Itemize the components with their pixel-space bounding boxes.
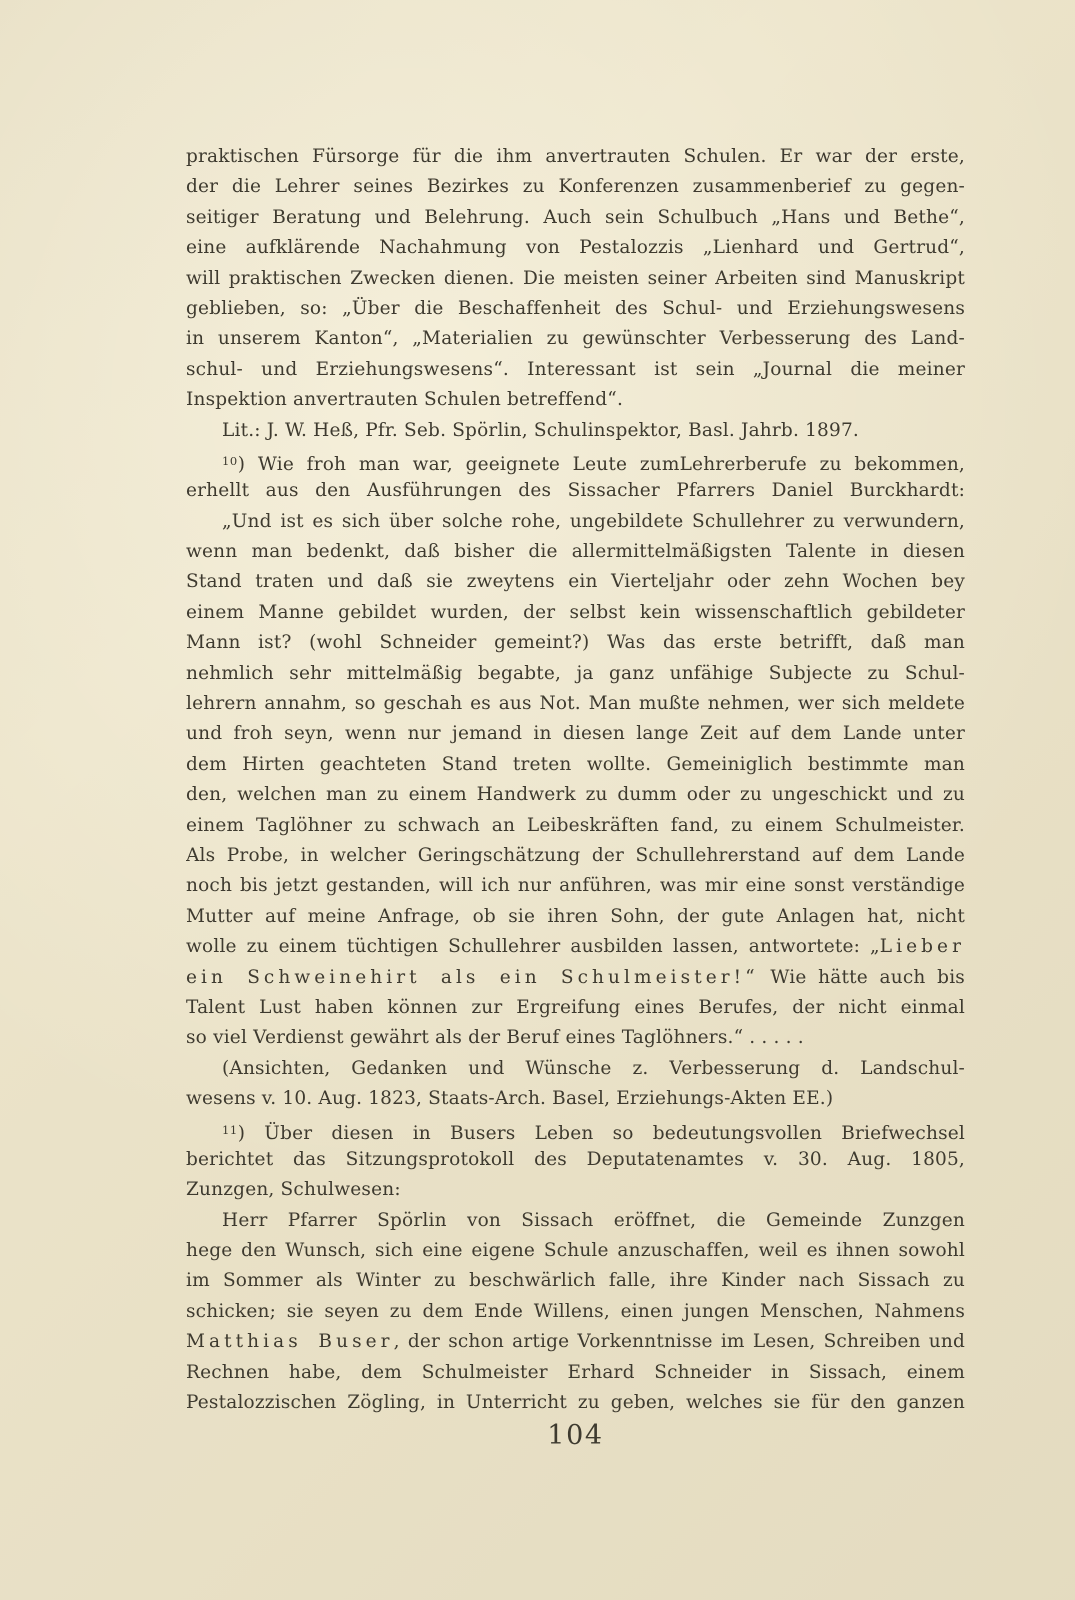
text-line: den, welchen man zu einem Handwerk zu du… [186, 780, 965, 810]
text-segment: und froh seyn, wenn nur jemand in diesen… [186, 723, 965, 744]
footnote-marker: 10 [222, 454, 238, 468]
text-segment: geblieben, so: „Über die Beschaffenheit … [186, 298, 965, 319]
text-segment: Rechnen habe, dem Schulmeister Erhard Sc… [186, 1362, 965, 1383]
text-line: berichtet das Sitzungsprotokoll des Depu… [186, 1145, 965, 1175]
text-line: 11) Über diesen in Busers Leben so bedeu… [186, 1115, 965, 1145]
text-line: einem Manne gebildet wurden, der selbst … [186, 598, 965, 628]
text-line: noch bis jetzt gestanden, will ich nur a… [186, 871, 965, 901]
text-segment: Lieber [880, 936, 965, 957]
text-line: wesens v. 10. Aug. 1823, Staats-Arch. Ba… [186, 1084, 965, 1114]
text-line: Matthias Buser, der schon artige Vorkenn… [186, 1327, 965, 1357]
text-line: Zunzgen, Schulwesen: [186, 1175, 965, 1205]
text-segment: berichtet das Sitzungsprotokoll des Depu… [186, 1149, 965, 1170]
text-segment: einem Manne gebildet wurden, der selbst … [186, 602, 965, 623]
text-line: einem Taglöhner zu schwach an Leibeskräf… [186, 811, 965, 841]
text-line: eine aufklärende Nachahmung von Pestaloz… [186, 233, 965, 263]
text-segment: wesens v. 10. Aug. 1823, Staats-Arch. Ba… [186, 1088, 833, 1109]
text-segment: so viel Verdienst gewährt als der Beruf … [186, 1027, 804, 1048]
text-line: Mann ist? (wohl Schneider gemeint?) Was … [186, 628, 965, 658]
text-segment: „Und ist es sich über solche rohe, ungeb… [222, 511, 965, 532]
text-segment: den, welchen man zu einem Handwerk zu du… [186, 784, 965, 805]
text-segment: Herr Pfarrer Spörlin von Sissach eröffne… [222, 1210, 965, 1231]
text-segment: schicken; sie seyen zu dem Ende Willens,… [186, 1301, 965, 1322]
text-segment: ) Wie froh man war, geeignete Leute zumL… [238, 454, 965, 475]
text-segment: Pestalozzischen Zögling, in Unterricht z… [186, 1392, 965, 1413]
text-line: wenn man bedenkt, daß bisher die allermi… [186, 537, 965, 567]
text-line: lehrern annahm, so geschah es aus Not. M… [186, 689, 965, 719]
text-line: praktischen Fürsorge für die ihm anvertr… [186, 142, 965, 172]
text-line: Pestalozzischen Zögling, in Unterricht z… [186, 1388, 965, 1418]
book-page: praktischen Fürsorge für die ihm anvertr… [0, 0, 1075, 1600]
page-number: 104 [186, 1420, 965, 1451]
text-segment: Zunzgen, Schulwesen: [186, 1179, 401, 1200]
text-line: geblieben, so: „Über die Beschaffenheit … [186, 294, 965, 324]
text-line: schicken; sie seyen zu dem Ende Willens,… [186, 1297, 965, 1327]
text-segment: Mutter auf meine Anfrage, ob sie ihren S… [186, 906, 965, 927]
text-line: Lit.: J. W. Heß, Pfr. Seb. Spörlin, Schu… [186, 416, 965, 446]
text-line: erhellt aus den Ausführungen des Sissach… [186, 476, 965, 506]
text-segment: wolle zu einem tüchtigen Schullehrer aus… [186, 936, 880, 957]
text-line: schul- und Erziehungswesens“. Interessan… [186, 355, 965, 385]
text-line: hege den Wunsch, sich eine eigene Schule… [186, 1236, 965, 1266]
text-segment: (Ansichten, Gedanken und Wünsche z. Verb… [222, 1058, 965, 1079]
text-segment: , der schon artige Vorkenntnisse im Lese… [394, 1331, 965, 1352]
text-segment: Stand traten und daß sie zweytens ein Vi… [186, 571, 965, 592]
text-line: im Sommer als Winter zu beschwärlich fal… [186, 1266, 965, 1296]
text-line: Mutter auf meine Anfrage, ob sie ihren S… [186, 902, 965, 932]
text-line: so viel Verdienst gewährt als der Beruf … [186, 1023, 965, 1053]
text-segment: Lit.: J. W. Heß, Pfr. Seb. Spörlin, Schu… [222, 420, 859, 441]
text-line: (Ansichten, Gedanken und Wünsche z. Verb… [186, 1054, 965, 1084]
text-segment: eine aufklärende Nachahmung von Pestaloz… [186, 237, 965, 258]
text-segment: ) Über diesen in Busers Leben so bedeutu… [238, 1123, 965, 1144]
text-line: Herr Pfarrer Spörlin von Sissach eröffne… [186, 1206, 965, 1236]
text-line: seitiger Beratung und Belehrung. Auch se… [186, 203, 965, 233]
text-segment: Inspektion anvertrauten Schulen betreffe… [186, 389, 623, 410]
text-line: Inspektion anvertrauten Schulen betreffe… [186, 385, 965, 415]
text-line: dem Hirten geachteten Stand treten wollt… [186, 750, 965, 780]
text-line: „Und ist es sich über solche rohe, ungeb… [186, 507, 965, 537]
text-segment: im Sommer als Winter zu beschwärlich fal… [186, 1270, 965, 1291]
text-segment: einem Taglöhner zu schwach an Leibeskräf… [186, 815, 965, 836]
text-segment: noch bis jetzt gestanden, will ich nur a… [186, 875, 965, 896]
text-line: ein Schweinehirt als ein Schulmeister!“ … [186, 963, 965, 993]
text-segment: wenn man bedenkt, daß bisher die allermi… [186, 541, 965, 562]
text-line: wolle zu einem tüchtigen Schullehrer aus… [186, 932, 965, 962]
text-segment: will praktischen Zwecken dienen. Die mei… [186, 268, 965, 289]
text-segment: hege den Wunsch, sich eine eigene Schule… [186, 1240, 965, 1261]
text-line: Talent Lust haben können zur Ergreifung … [186, 993, 965, 1023]
text-segment: lehrern annahm, so geschah es aus Not. M… [186, 693, 965, 714]
text-segment: ein Schweinehirt als ein Schulmeister!“ [186, 967, 759, 988]
text-segment: praktischen Fürsorge für die ihm anvertr… [186, 146, 965, 167]
text-line: Als Probe, in welcher Geringschätzung de… [186, 841, 965, 871]
text-segment: in unserem Kanton“, „Materialien zu gewü… [186, 328, 965, 349]
text-line: nehmlich sehr mittelmäßig begabte, ja ga… [186, 659, 965, 689]
footnote-marker: 11 [222, 1123, 238, 1137]
text-segment: Mann ist? (wohl Schneider gemeint?) Was … [186, 632, 965, 653]
text-segment: seitiger Beratung und Belehrung. Auch se… [186, 207, 965, 228]
text-segment: dem Hirten geachteten Stand treten wollt… [186, 754, 965, 775]
text-segment: nehmlich sehr mittelmäßig begabte, ja ga… [186, 663, 965, 684]
text-segment: Talent Lust haben können zur Ergreifung … [186, 997, 965, 1018]
text-line: der die Lehrer seines Bezirkes zu Konfer… [186, 172, 965, 202]
text-line: 10) Wie froh man war, geeignete Leute zu… [186, 446, 965, 476]
text-segment: der die Lehrer seines Bezirkes zu Konfer… [186, 176, 965, 197]
text-segment: Als Probe, in welcher Geringschätzung de… [186, 845, 965, 866]
text-line: will praktischen Zwecken dienen. Die mei… [186, 264, 965, 294]
text-segment: erhellt aus den Ausführungen des Sissach… [186, 480, 965, 501]
text-line: und froh seyn, wenn nur jemand in diesen… [186, 719, 965, 749]
text-block: praktischen Fürsorge für die ihm anvertr… [186, 142, 965, 1418]
text-line: Rechnen habe, dem Schulmeister Erhard Sc… [186, 1358, 965, 1388]
text-line: Stand traten und daß sie zweytens ein Vi… [186, 567, 965, 597]
text-segment: Matthias Buser [186, 1331, 394, 1352]
text-line: in unserem Kanton“, „Materialien zu gewü… [186, 324, 965, 354]
text-segment: schul- und Erziehungswesens“. Interessan… [186, 359, 965, 380]
